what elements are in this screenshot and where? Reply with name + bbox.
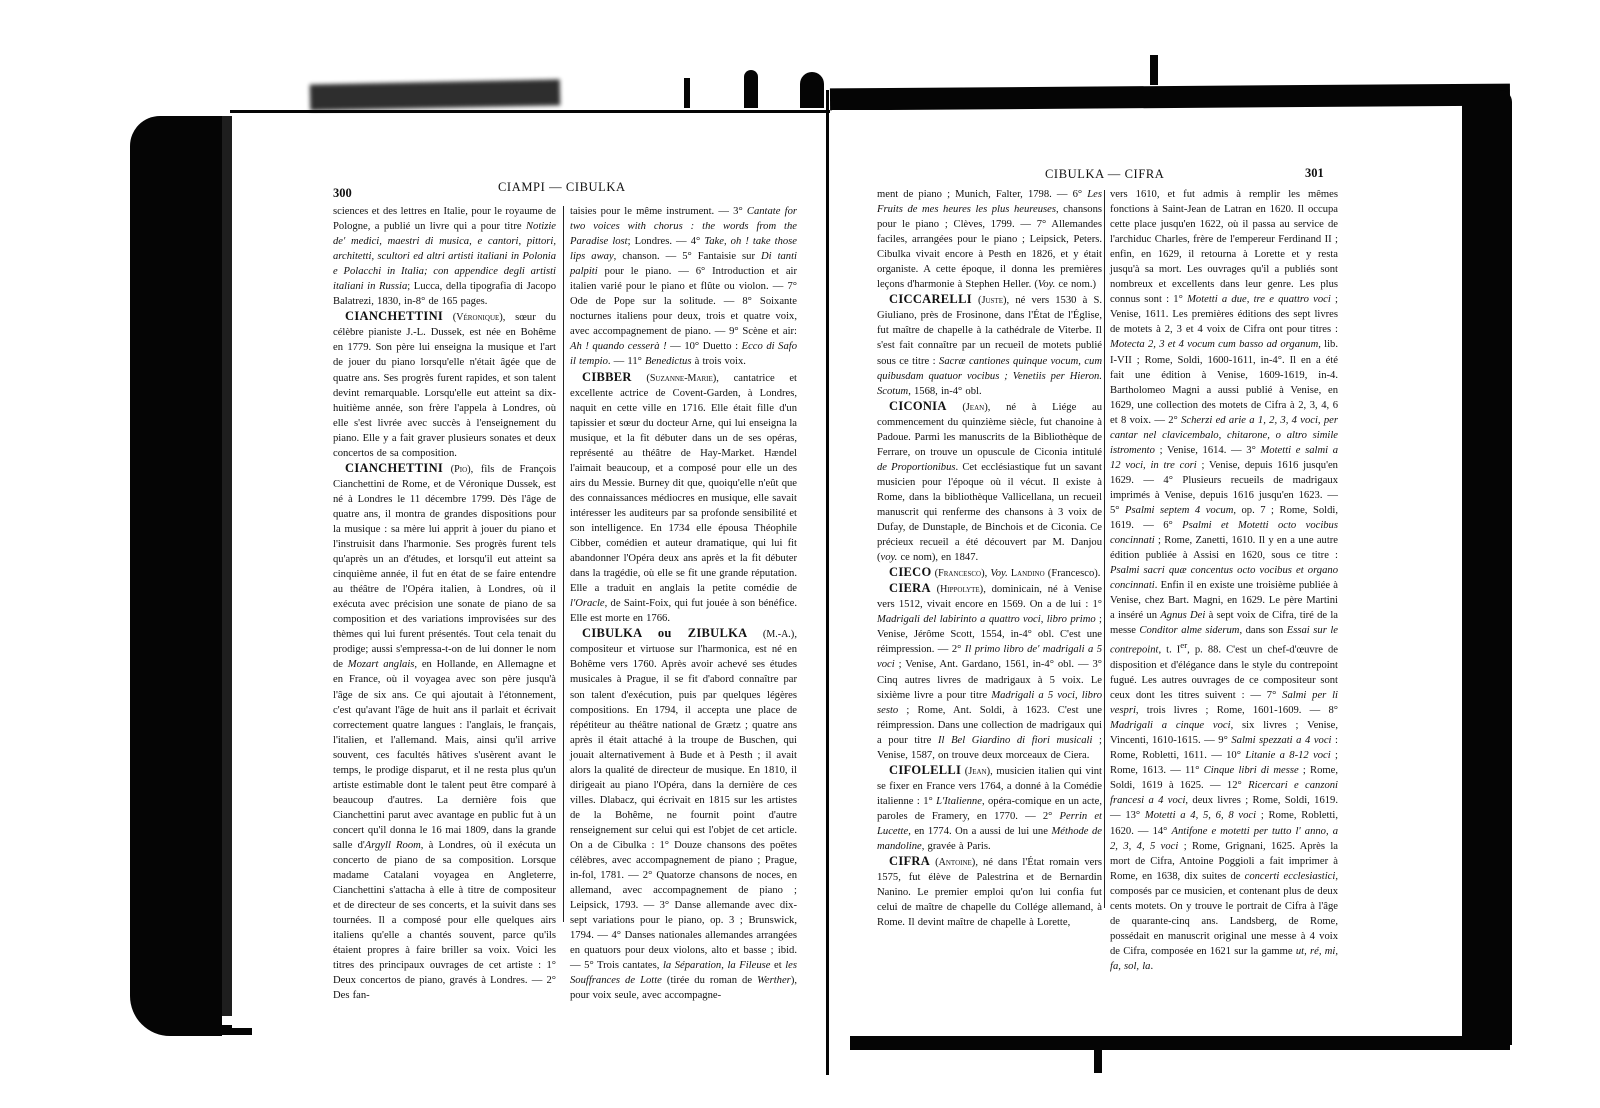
entry-body: Voy. Landino (Francesco). bbox=[990, 568, 1100, 579]
left-page-column-1: sciences et des lettres en Italie, pour … bbox=[333, 204, 556, 1003]
left-inner-edge bbox=[222, 116, 232, 1016]
bottom-tab bbox=[1094, 1045, 1102, 1073]
column-rule-right bbox=[1104, 190, 1105, 908]
dictionary-entry: CICCARELLI (Juste), né vers 1530 à S. Gi… bbox=[877, 292, 1102, 398]
dictionary-entry: CIANCHETTINI (Véronique), sœur du célèbr… bbox=[333, 309, 556, 460]
entry-headword: CIFRA bbox=[889, 854, 930, 868]
entry-body: sœur du célèbre pianiste J.-L. Dussek, e… bbox=[333, 312, 556, 458]
entry-continuation: sciences et des lettres en Italie, pour … bbox=[333, 204, 556, 309]
entry-forename: (Hippolyte), bbox=[931, 584, 992, 595]
top-edge-left bbox=[230, 110, 830, 113]
entry-headword: CIECO bbox=[889, 565, 931, 579]
dictionary-entry: CIANCHETTINI (Pio), fils de François Cia… bbox=[333, 461, 556, 1004]
dictionary-entry: CIFOLELLI (Jean), musicien italien qui v… bbox=[877, 763, 1102, 854]
entry-headword: CIANCHETTINI bbox=[345, 309, 443, 323]
top-tab-1 bbox=[684, 78, 690, 108]
book-scan: 300 CIAMPI — CIBULKA sciences et des let… bbox=[0, 0, 1600, 1108]
entry-headword: CIFOLELLI bbox=[889, 763, 961, 777]
page-number-right: 301 bbox=[1305, 166, 1324, 181]
column-rule-left bbox=[563, 206, 564, 922]
page-number-left: 300 bbox=[333, 186, 352, 201]
entry-body: fils de François Cianchettini de Rome, e… bbox=[333, 464, 556, 1002]
entry-headword: CIBULKA ou ZIBULKA bbox=[582, 626, 748, 640]
entry-body: né vers 1530 à S. Giuliano, près de Fros… bbox=[877, 295, 1102, 396]
entry-forename: (Véronique), bbox=[443, 312, 515, 323]
dictionary-entry: CIECO (Francesco), Voy. Landino (Frances… bbox=[877, 565, 1102, 581]
entry-body: compositeur et virtuose sur l'harmonica,… bbox=[570, 644, 797, 1001]
entry-body: dominicain, né à Venise vers 1512, vivai… bbox=[877, 584, 1102, 761]
left-page-column-2: taisies pour le même instrument. — 3° Ca… bbox=[570, 204, 797, 1003]
right-bottom-edge bbox=[850, 1036, 1510, 1050]
right-tab bbox=[1150, 55, 1158, 85]
entry-forename: (Pio), bbox=[443, 464, 481, 475]
dictionary-entry: CIERA (Hippolyte), dominicain, né à Veni… bbox=[877, 581, 1102, 763]
entry-forename: (Antoine), bbox=[930, 857, 983, 868]
top-tab-2 bbox=[744, 70, 758, 108]
entry-continuation: vers 1610, et fut admis à remplir les mê… bbox=[1110, 187, 1338, 974]
entry-body: cantatrice et excellente actrice de Cove… bbox=[570, 373, 797, 625]
right-page-column-2: vers 1610, et fut admis à remplir les mê… bbox=[1110, 187, 1338, 974]
entry-forename: (Juste), bbox=[972, 295, 1015, 306]
gutter-line bbox=[826, 90, 829, 1075]
top-left-shadow bbox=[310, 79, 560, 110]
entry-forename: (Jean), bbox=[961, 766, 996, 777]
entry-continuation: taisies pour le même instrument. — 3° Ca… bbox=[570, 204, 797, 370]
entry-forename: (Jean), bbox=[947, 402, 1006, 413]
entry-forename: (M.-A.), bbox=[748, 629, 797, 640]
dictionary-entry: CIBULKA ou ZIBULKA (M.-A.), compositeur … bbox=[570, 626, 797, 1003]
dictionary-entry: CIFRA (Antoine), né dans l'État romain v… bbox=[877, 854, 1102, 930]
entry-continuation: ment de piano ; Munich, Falter, 1798. — … bbox=[877, 187, 1102, 292]
entry-headword: CIBBER bbox=[582, 370, 632, 384]
entry-headword: CIANCHETTINI bbox=[345, 461, 443, 475]
right-page-column-1: ment de piano ; Munich, Falter, 1798. — … bbox=[877, 187, 1102, 930]
right-top-band bbox=[830, 84, 1510, 111]
dictionary-entry: CICONIA (Jean), né à Liége au commenceme… bbox=[877, 399, 1102, 566]
entry-headword: CICONIA bbox=[889, 399, 947, 413]
top-tab-3 bbox=[800, 72, 824, 108]
entry-forename: (Francesco), bbox=[931, 568, 990, 579]
running-head-left: CIAMPI — CIBULKA bbox=[498, 180, 626, 195]
entry-body: né à Liége au commencement du quinzième … bbox=[877, 402, 1102, 563]
dictionary-entry: CIBBER (Suzanne-Marie), cantatrice et ex… bbox=[570, 370, 797, 627]
entry-forename: (Suzanne-Marie), bbox=[632, 373, 734, 384]
running-head-right: CIBULKA — CIFRA bbox=[1045, 167, 1164, 182]
left-outer-edge bbox=[130, 116, 222, 1036]
entry-headword: CIERA bbox=[889, 581, 931, 595]
right-outer-edge bbox=[1462, 90, 1512, 1045]
entry-headword: CICCARELLI bbox=[889, 292, 972, 306]
entry-body: musicien italien qui vint se fixer en Fr… bbox=[877, 766, 1102, 852]
